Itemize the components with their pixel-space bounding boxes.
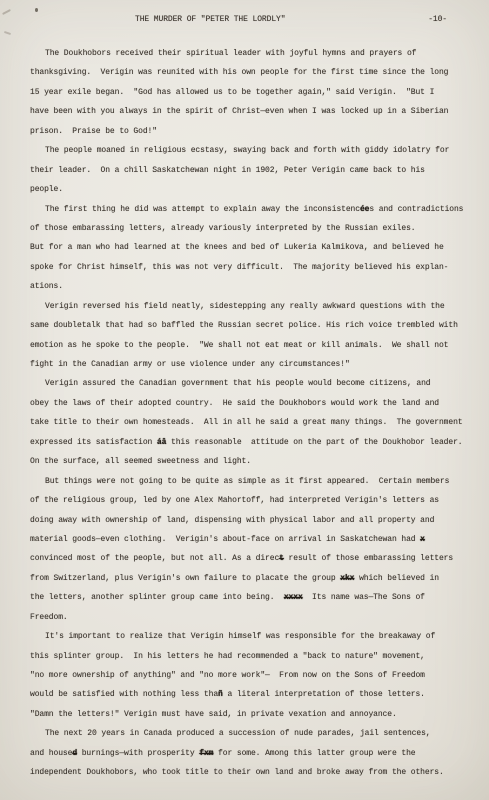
- text-line: the letters, another splinter group came…: [30, 588, 485, 607]
- text-segment: Freedom.: [30, 613, 68, 622]
- text-segment: emotion as he spoke to the people. "We s…: [30, 341, 448, 350]
- text-segment: take title to their own homesteads. All …: [30, 418, 462, 427]
- text-line: 15 year exile began. "God has allowed us…: [30, 83, 485, 102]
- text-line: "no more ownership of anything" and "no …: [30, 666, 485, 685]
- text-line: Verigin reversed his field neatly, sides…: [30, 297, 485, 316]
- text-line: doing away with ownership of land, dispe…: [30, 511, 485, 530]
- text-line: On the surface, all seemed sweetness and…: [30, 452, 485, 471]
- text-line: emotion as he spoke to the people. "We s…: [30, 336, 485, 355]
- text-line: ations.: [30, 277, 485, 296]
- text-line: But for a man who had learned at the kne…: [30, 238, 485, 257]
- text-line: thanksgiving. Verigin was reunited with …: [30, 63, 485, 82]
- text-segment: 15 year exile began. "God has allowed us…: [30, 88, 434, 97]
- text-segment: It's important to realize that Verigin h…: [45, 632, 435, 641]
- text-segment: their leader. On a chill Saskatchewan ni…: [30, 166, 425, 175]
- text-segment: spoke for Christ himself, this was not v…: [30, 263, 448, 272]
- text-segment: result of those embarassing letters: [284, 554, 453, 563]
- text-segment: obey the laws of their adopted country. …: [30, 399, 439, 408]
- text-segment: have been with you always in the spirit …: [30, 107, 448, 116]
- text-line: have been with you always in the spirit …: [30, 102, 485, 121]
- text-segment: this reasonable attitude on the part of …: [166, 438, 462, 447]
- text-line: The Doukhobors received their spiritual …: [30, 44, 485, 63]
- text-segment: and house: [30, 749, 72, 758]
- text-line: expressed its satisfaction áâ this reaso…: [30, 433, 485, 452]
- manuscript-page: THE MURDER OF "PETER THE LORDLY" -10- Th…: [0, 0, 489, 800]
- text-line: spoke for Christ himself, this was not v…: [30, 258, 485, 277]
- text-segment: expressed its satisfaction: [30, 438, 157, 447]
- text-segment: doing away with ownership of land, dispe…: [30, 516, 434, 525]
- text-line: material goods—even clothing. Verigin's …: [30, 530, 485, 549]
- text-line: people.: [30, 180, 485, 199]
- struck-text: x: [420, 535, 425, 544]
- struck-text: xxxx: [284, 593, 303, 602]
- text-segment: for some. Among this latter group were t…: [213, 749, 415, 758]
- text-line: It's important to realize that Verigin h…: [30, 627, 485, 646]
- text-segment: ations.: [30, 282, 63, 291]
- pencil-mark-tick: [2, 9, 11, 15]
- text-line: prison. Praise be to God!": [30, 122, 485, 141]
- text-segment: The people moaned in religious ecstasy, …: [45, 146, 449, 155]
- text-segment: would be satisfied with nothing less tha: [30, 690, 218, 699]
- text-segment: Its name was—The Sons of: [303, 593, 425, 602]
- text-segment: from Switzerland, plus Verigin's own fai…: [30, 574, 340, 583]
- page-number: -10-: [428, 15, 447, 24]
- text-line: this splinter group. In his letters he h…: [30, 647, 485, 666]
- text-line: obey the laws of their adopted country. …: [30, 394, 485, 413]
- struck-text: xkx: [340, 574, 354, 583]
- text-line: from Switzerland, plus Verigin's own fai…: [30, 569, 485, 588]
- text-segment: which believed in: [354, 574, 439, 583]
- text-segment: Verigin assured the Canadian government …: [45, 379, 430, 388]
- text-segment: But things were not going to be quite as…: [45, 477, 449, 486]
- text-line: and housed burnings—with prosperity fxm …: [30, 744, 485, 763]
- overtyped-text: áâ: [157, 438, 166, 447]
- text-line: take title to their own homesteads. All …: [30, 413, 485, 432]
- text-line: of those embarassing letters, already va…: [30, 219, 485, 238]
- text-segment: the letters, another splinter group came…: [30, 593, 284, 602]
- text-segment: "no more ownership of anything" and "no …: [30, 671, 425, 680]
- text-segment: this splinter group. In his letters he h…: [30, 652, 425, 661]
- text-line: "Damn the letters!" Verigin must have sa…: [30, 705, 485, 724]
- text-segment: s and contradictions: [369, 205, 463, 214]
- text-segment: material goods—even clothing. Verigin's …: [30, 535, 420, 544]
- pencil-mark-tick: [4, 31, 11, 35]
- text-segment: But for a man who had learned at the kne…: [30, 243, 444, 252]
- text-segment: "Damn the letters!" Verigin must have sa…: [30, 710, 397, 719]
- text-line: The next 20 years in Canada produced a s…: [30, 724, 485, 743]
- text-line: The people moaned in religious ecstasy, …: [30, 141, 485, 160]
- text-line: convinced most of the people, but not al…: [30, 549, 485, 568]
- page-title: THE MURDER OF "PETER THE LORDLY": [135, 15, 285, 24]
- text-segment: On the surface, all seemed sweetness and…: [30, 457, 251, 466]
- text-segment: thanksgiving. Verigin was reunited with …: [30, 68, 448, 77]
- text-segment: a literal interpretation of those letter…: [223, 690, 425, 699]
- text-line: same doubletalk that had so baffled the …: [30, 316, 485, 335]
- text-line: fight in the Canadian army or use violen…: [30, 355, 485, 374]
- page-header: THE MURDER OF "PETER THE LORDLY" -10-: [135, 15, 447, 24]
- text-line: But things were not going to be quite as…: [30, 472, 485, 491]
- text-segment: fight in the Canadian army or use violen…: [30, 360, 350, 369]
- text-segment: people.: [30, 185, 63, 194]
- text-segment: Verigin reversed his field neatly, sides…: [45, 302, 445, 311]
- page-body: The Doukhobors received their spiritual …: [30, 44, 485, 783]
- text-line: Freedom.: [30, 608, 485, 627]
- text-line: Verigin assured the Canadian government …: [30, 374, 485, 393]
- text-segment: burnings—with prosperity: [77, 749, 199, 758]
- text-segment: convinced most of the people, but not al…: [30, 554, 279, 563]
- struck-text: fxm: [199, 749, 213, 758]
- text-line: their leader. On a chill Saskatchewan ni…: [30, 161, 485, 180]
- text-line: would be satisfied with nothing less tha…: [30, 685, 485, 704]
- text-line: The first thing he did was attempt to ex…: [30, 200, 485, 219]
- text-segment: The Doukhobors received their spiritual …: [45, 49, 416, 58]
- text-segment: The next 20 years in Canada produced a s…: [45, 729, 430, 738]
- overtyped-text: ée: [360, 205, 369, 214]
- text-segment: same doubletalk that had so baffled the …: [30, 321, 458, 330]
- text-segment: The first thing he did was attempt to ex…: [45, 205, 360, 214]
- text-segment: prison. Praise be to God!": [30, 127, 157, 136]
- text-segment: independent Doukhobors, who took title t…: [30, 768, 444, 777]
- text-segment: of the religious group, led by one Alex …: [30, 496, 439, 505]
- text-line: of the religious group, led by one Alex …: [30, 491, 485, 510]
- text-segment: of those embarassing letters, already va…: [30, 224, 415, 233]
- pencil-mark-dot: [35, 8, 38, 12]
- text-line: independent Doukhobors, who took title t…: [30, 763, 485, 782]
